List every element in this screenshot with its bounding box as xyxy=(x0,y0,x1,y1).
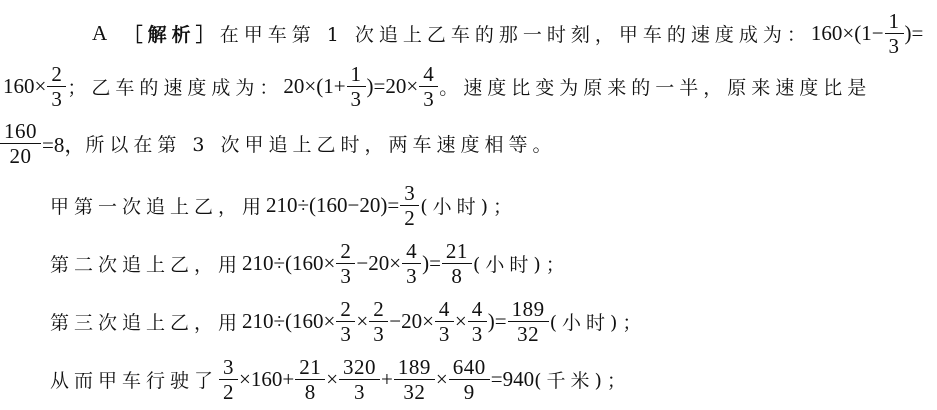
fraction: 2 3 xyxy=(338,298,353,345)
line7-expr-e: =940 xyxy=(491,367,534,392)
fraction: 1 3 xyxy=(349,63,364,110)
line4-text-a: 甲第一次追上乙，用 xyxy=(50,192,266,219)
line1-expr-b: )= xyxy=(905,21,924,46)
line5-expr-b: −20× xyxy=(356,251,401,276)
line5-text-b: (小时)； xyxy=(473,250,570,277)
fraction: 4 3 xyxy=(421,63,436,110)
fraction: 320 3 xyxy=(341,356,378,403)
line4-text-b: (小时)； xyxy=(420,192,517,219)
step-line-1: 甲第一次追上乙，用 210÷(160−20)= 3 2 (小时)； xyxy=(50,182,517,229)
line5-text-a: 第二次追上乙，用 xyxy=(50,250,242,277)
fraction: 189 32 xyxy=(396,356,433,403)
line2-expr-b: 20×(1+ xyxy=(283,74,345,99)
line7-expr-d: × xyxy=(436,367,448,392)
line7-expr-a: ×160+ xyxy=(239,367,294,392)
fraction: 4 3 xyxy=(470,298,485,345)
line3-text-a: 所以在第 3 次甲追上乙时，两车速度相等。 xyxy=(85,130,556,157)
line2-expr-c: )=20× xyxy=(367,74,419,99)
fraction: 640 9 xyxy=(451,356,488,403)
fraction: 4 3 xyxy=(437,298,452,345)
line7-expr-c: + xyxy=(381,367,393,392)
line2-text-a: ；乙车的速度成为： xyxy=(67,73,283,100)
step-line-3: 第三次追上乙，用 210÷(160× 2 3 × 2 3 −20× 4 3 × … xyxy=(50,298,646,345)
line6-expr-c: −20× xyxy=(389,309,434,334)
fraction-one-third: 1 3 xyxy=(887,10,902,57)
line6-text-a: 第三次追上乙，用 xyxy=(50,308,242,335)
fraction: 3 2 xyxy=(221,356,236,403)
line6-expr-b: × xyxy=(356,309,368,334)
line1-text: 在甲车第 1 次追上乙车的那一时刻，甲车的速度成为： xyxy=(220,20,811,47)
step-line-2: 第二次追上乙，用 210÷(160× 2 3 −20× 4 3 )= 21 8 … xyxy=(50,240,570,287)
paragraph-line-3: 160 20 =8， 所以在第 3 次甲追上乙时，两车速度相等。 xyxy=(2,120,557,167)
line6-text-b: (小时)； xyxy=(550,308,647,335)
line2-expr-a: 160× xyxy=(3,74,46,99)
line4-expr-a: 210÷(160−20)= xyxy=(266,193,399,218)
fraction: 2 3 xyxy=(338,240,353,287)
paragraph-line-1: A ［解析］ 在甲车第 1 次追上乙车的那一时刻，甲车的速度成为： 160×(1… xyxy=(92,10,923,57)
line5-expr-a: 210÷(160× xyxy=(242,251,335,276)
fraction: 21 8 xyxy=(444,240,470,287)
line7-text-a: 从而甲车行驶了 xyxy=(50,366,218,393)
conclusion-line: 从而甲车行驶了 3 2 ×160+ 21 8 × 320 3 + 189 32 … xyxy=(50,356,631,403)
fraction: 21 8 xyxy=(297,356,323,403)
fraction: 189 32 xyxy=(510,298,547,345)
line1-expr-a: 160×(1− xyxy=(811,21,884,46)
fraction: 160 20 xyxy=(2,120,39,167)
analysis-tag: ［解析］ xyxy=(124,20,220,47)
line7-expr-b: × xyxy=(326,367,338,392)
fraction: 3 2 xyxy=(402,182,417,229)
fraction: 2 3 xyxy=(371,298,386,345)
line6-expr-a: 210÷(160× xyxy=(242,309,335,334)
answer-label: A xyxy=(92,21,108,46)
fraction: 2 3 xyxy=(49,63,64,110)
fraction: 4 3 xyxy=(404,240,419,287)
line7-text-b: (千米)； xyxy=(534,366,631,393)
paragraph-line-2: 160× 2 3 ；乙车的速度成为： 20×(1+ 1 3 )=20× 4 3 … xyxy=(3,63,871,110)
line3-expr-a: =8， xyxy=(42,129,85,159)
line6-expr-e: )= xyxy=(488,309,507,334)
line5-expr-c: )= xyxy=(422,251,441,276)
line6-expr-d: × xyxy=(455,309,467,334)
line2-text-b: 。速度比变为原来的一半，原来速度比是 xyxy=(439,73,871,100)
